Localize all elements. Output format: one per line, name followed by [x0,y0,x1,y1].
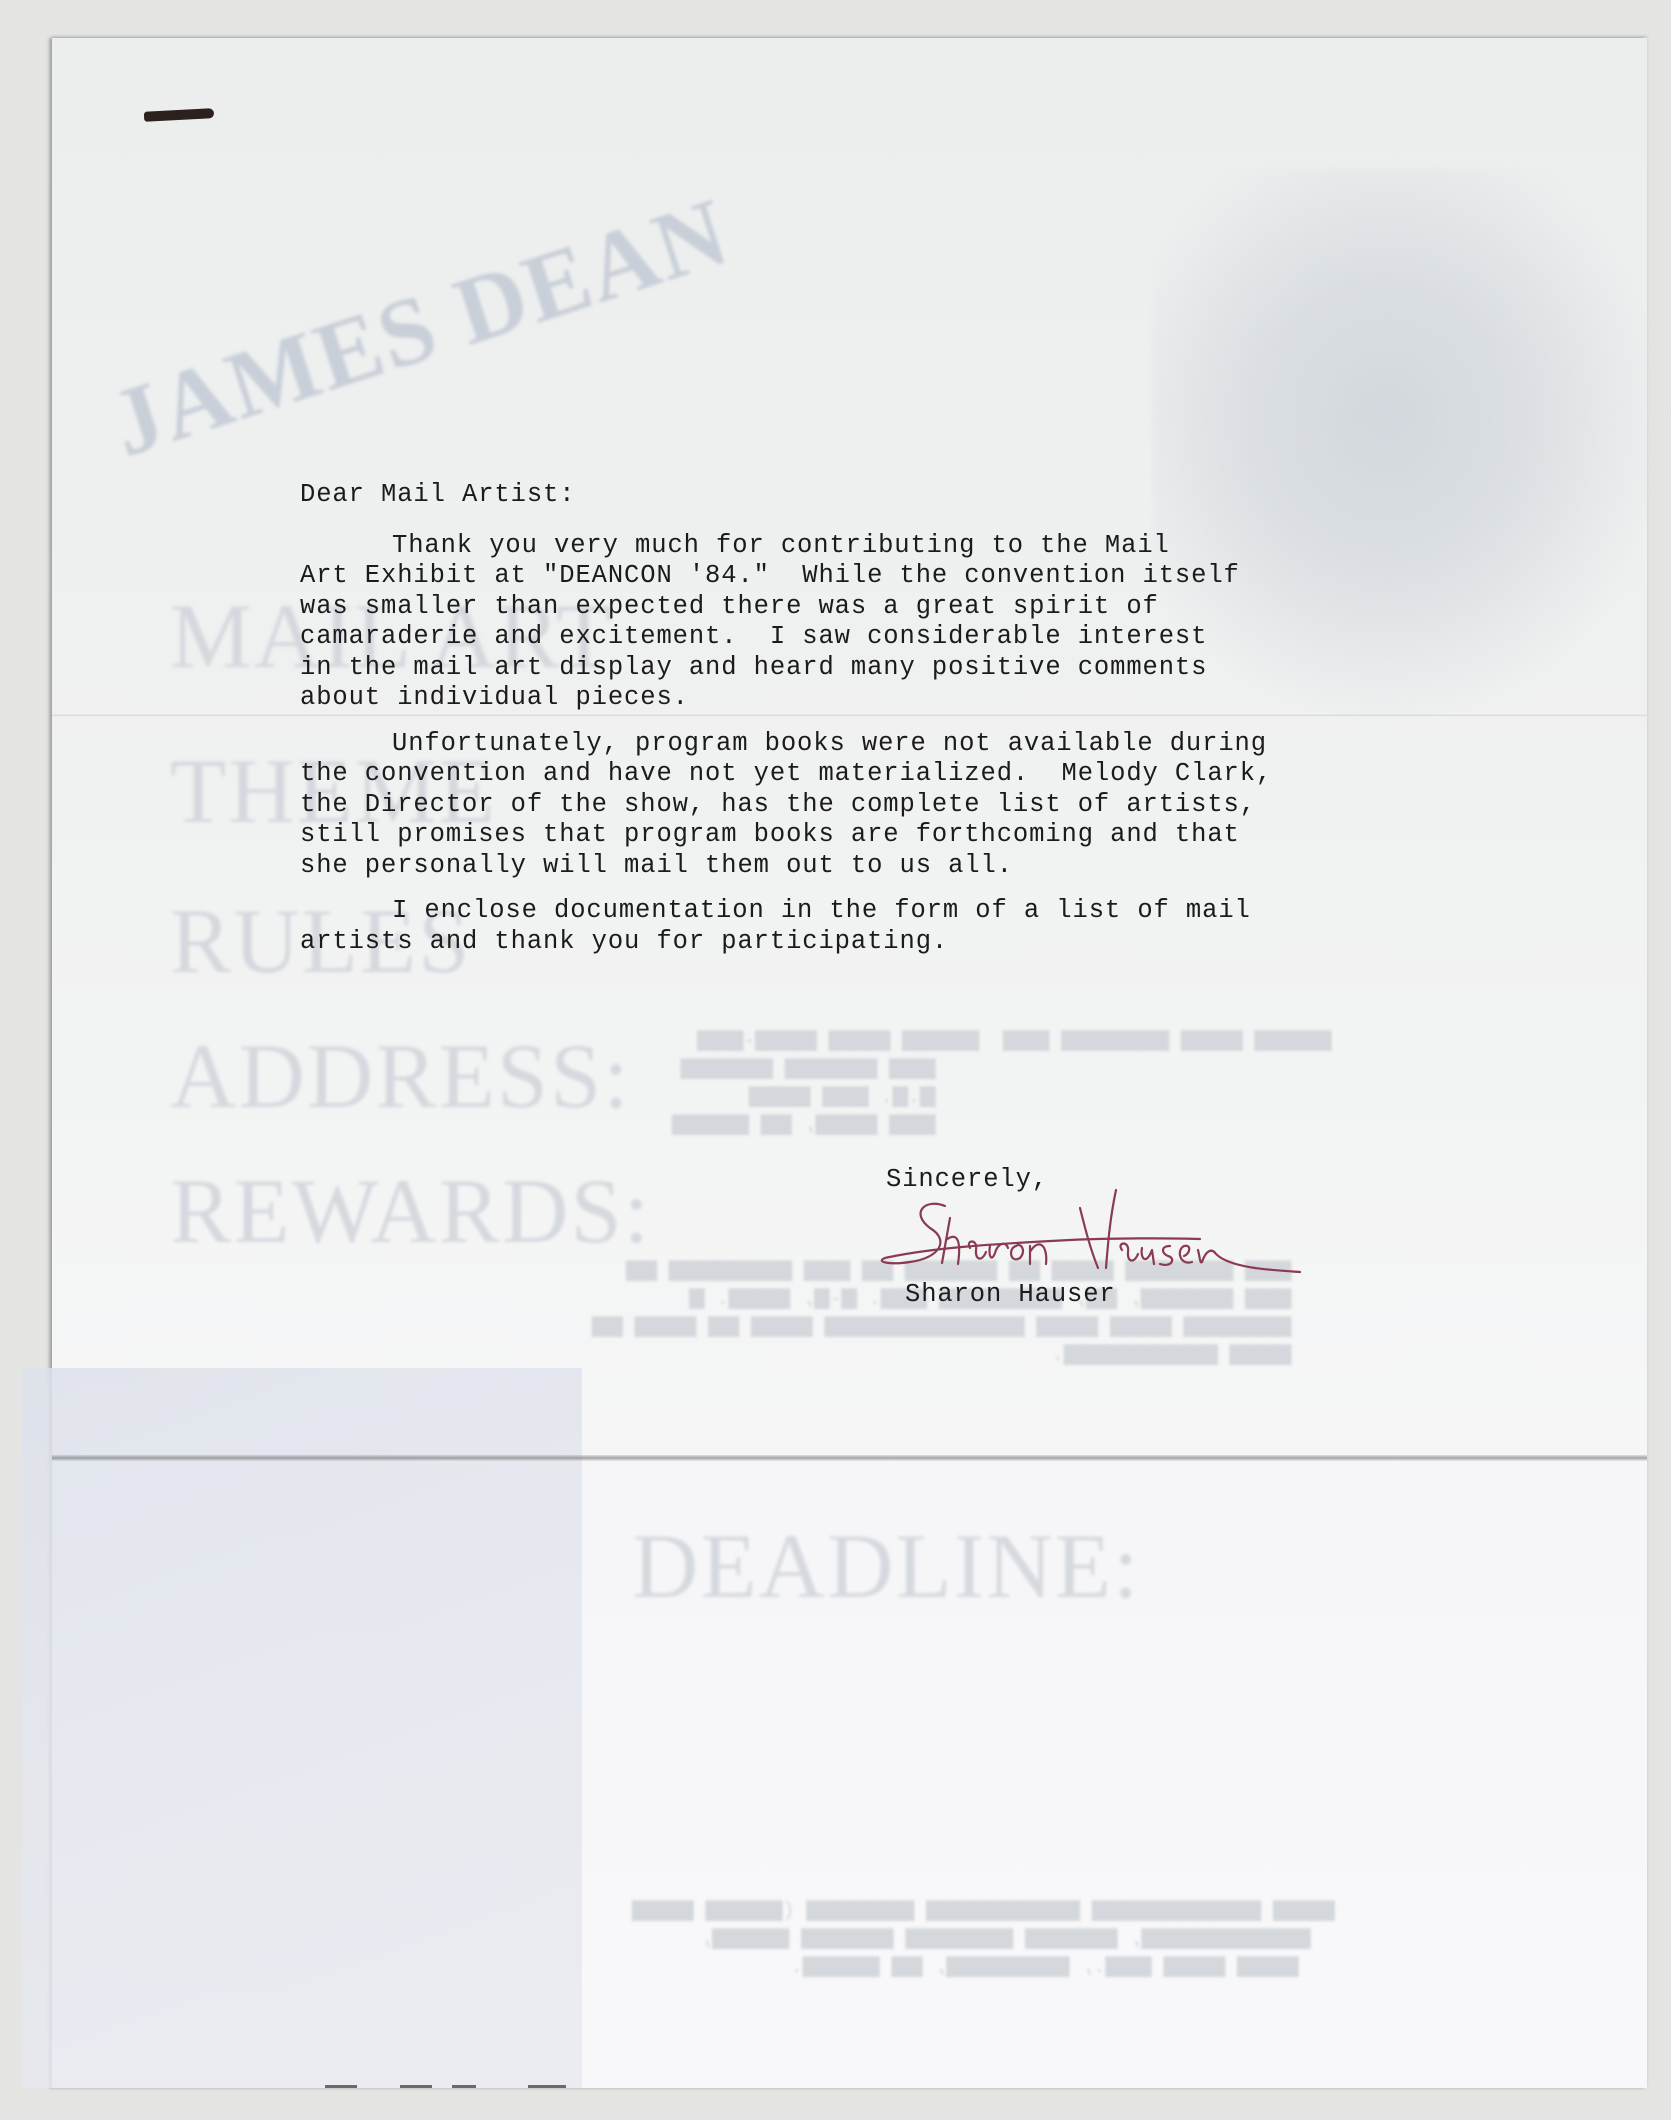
show-through-title: JAMES DEAN [98,175,742,479]
letter-line: I enclose documentation in the form of a… [300,896,1460,927]
letter-line: still promises that program books are fo… [300,820,1460,851]
letter-line: Unfortunately, program books were not av… [300,729,1460,760]
edge-mark [400,2085,432,2088]
signer-name: Sharon Hauser [905,1280,1116,1309]
letter-line: she personally will mail them out to us … [300,851,1460,882]
letter-line: Thank you very much for contributing to … [300,531,1460,562]
paragraph: Unfortunately, program books were not av… [300,729,1460,882]
show-through-heading: REWARDS: [170,1158,651,1264]
paragraph: Thank you very much for contributing to … [300,531,1460,714]
salutation: Dear Mail Artist: [300,480,1460,511]
show-through-contact-block: ▇▇▇▇ ▇▇▇▇▇▇▇▇▇▇▇ ▇▇▇▇▇▇▇▇▇▇ ▇▇▇▇▇▇▇ (▇▇▇… [632,1898,1335,1982]
letter-line: Art Exhibit at "DEANCON '84." While the … [300,561,1460,592]
letter-line: camaraderie and excitement. I saw consid… [300,622,1460,653]
letter-line: was smaller than expected there was a gr… [300,592,1460,623]
edge-mark [325,2085,357,2088]
ink-mark [144,108,214,122]
show-through-heading: ADDRESS: [170,1023,631,1129]
letter-page: JAMES DEAN MAIL ART THEME RULES ADDRESS:… [52,38,1647,2088]
show-through-address-block: ▇▇▇▇▇ ▇▇▇▇ ▇▇▇▇▇▇▇ ▇▇▇ ▇▇▇▇▇ ▇▇▇▇ ▇▇▇▇-▇… [672,1028,1331,1140]
letter-line: about individual pieces. [300,683,1460,714]
edge-mark [452,2085,476,2088]
letter-line: the convention and have not yet material… [300,759,1460,790]
paper-fold-line [52,1455,1647,1461]
edge-mark [528,2085,566,2088]
letter-line: in the mail art display and heard many p… [300,653,1460,684]
letter-line: the Director of the show, has the comple… [300,790,1460,821]
paragraph: I enclose documentation in the form of a… [300,896,1460,957]
handwritten-signature [870,1178,1320,1288]
show-through-photo [22,1368,582,2088]
show-through-heading: DEADLINE: [632,1513,1141,1619]
letter-body: Dear Mail Artist: Thank you very much fo… [300,480,1460,972]
letter-line: artists and thank you for participating. [300,927,1460,958]
